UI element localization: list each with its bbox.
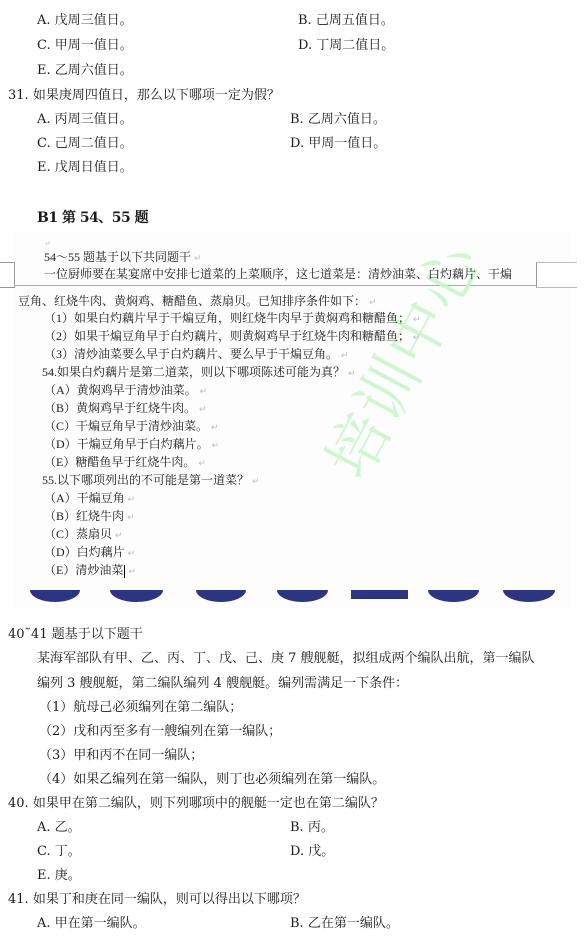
fleet-condition-1: （1）航母己必须编列在第二编队； [39,700,242,716]
q40-option-c: C. 丁。 [37,844,81,860]
q55-option-b: （B）红烧牛肉↵ [44,508,135,525]
q30-option-d: D. 丁周二值日。 [298,38,394,54]
q41-option-b: B. 乙在第一编队。 [290,916,399,932]
q40-41-stem-line1: 某海军部队有甲、乙、丙、丁、戊、己、庚 7 艘舰艇，拟组成两个编队出航，第一编队 [37,651,535,667]
q54-option-d: （D）干煸豆角早于白灼藕片。↵ [44,436,219,453]
q55-option-d: （D）白灼藕片↵ [44,544,135,561]
q54-option-b: （B）黄焖鸡早于红烧牛肉。↵ [44,400,207,417]
q31-option-a: A. 丙周三值日。 [37,112,133,128]
q31-option-e: E. 戊周日值日。 [37,160,133,176]
page-break-rule [14,285,536,286]
q30-option-a: A. 戊周三值日。 [37,13,133,29]
q54-option-c: （C）干煸豆角早于清炒油菜。↵ [44,418,219,435]
q30-option-c: C. 甲周一值日。 [37,38,133,54]
q55-option-c: （C）蒸扇贝↵ [44,526,123,543]
q55-option-e: （E）清炒油菜↵ [44,562,136,579]
q31-option-b: B. 乙周六值日。 [290,112,386,128]
text-cursor [124,565,125,578]
shared-stem-line1: 一位厨师要在某宴席中安排七道菜的上菜顺序，这七道菜是：清炒油菜、白灼藕片、干煸 [44,266,512,282]
q40-option-e: E. 庚。 [37,868,81,884]
dish-condition-1: （1）如果白灼藕片早于干煸豆角，则红烧牛肉早于黄焖鸡和糖醋鱼；↵ [44,310,421,327]
fleet-condition-4: （4）如果乙编列在第一编队，则丁也必须编列在第一编队。 [39,772,385,788]
fleet-condition-3: （3）甲和丙不在同一编队； [39,748,203,764]
q40-option-d: D. 戊。 [290,844,334,860]
decorative-bar [351,590,408,599]
q41-question: 41. 如果丁和庚在同一编队，则可以得出以下哪项？ [8,892,306,908]
shared-stem-intro: 54～55 题基于以下共同题干↵ [44,249,202,266]
q40-option-b: B. 丙。 [290,820,334,836]
fleet-condition-2: （2）戊和丙至多有一艘编列在第一编队； [39,724,281,740]
dish-condition-3: （3）清炒油菜要么早于白灼藕片、要么早于干煸豆角。↵ [44,346,349,363]
shared-stem-line2: 豆角、红烧牛肉、黄焖鸡、糖醋鱼、蒸扇贝。已知排序条件如下：↵ [18,293,377,310]
q54-option-a: （A）黄焖鸡早于清炒油菜。↵ [44,382,207,399]
page-corner-mark-right [536,262,577,288]
q30-option-e: E. 乙周六值日。 [37,63,133,79]
page-corner-mark-left [0,262,15,288]
q55-option-a: （A）干煸豆角↵ [44,490,135,507]
q31-question: 31. 如果庚周四值日，那么以下哪项一定为假？ [8,88,280,104]
q40-41-stem-intro: 40˜41 题基于以下题干 [8,627,143,643]
section-heading: B1 第 54、55 题 [37,207,148,227]
q31-option-c: C. 己周二值日。 [37,136,133,152]
q40-option-a: A. 乙。 [37,820,81,836]
q30-option-b: B. 己周五值日。 [298,13,394,29]
q55-question: 55.以下哪项列出的不可能是第一道菜？↵ [42,472,260,489]
q31-option-d: D. 甲周一值日。 [290,136,386,152]
q40-41-stem-line2: 编列 3 艘舰艇，第二编队编列 4 艘舰艇。编列需满足一下条件： [37,676,408,692]
q40-question: 40. 如果甲在第二编队，则下列哪项中的舰艇一定也在第二编队？ [8,796,384,812]
q54-question: 54.如果白灼藕片是第二道菜，则以下哪项陈述可能为真？↵ [42,364,356,381]
q41-option-a: A. 甲在第一编队。 [37,916,146,932]
dish-condition-2: （2）如果干煸豆角早于白灼藕片，则黄焖鸡早于红烧牛肉和糖醋鱼；↵ [44,328,421,345]
q54-option-e: （E）糖醋鱼早于红烧牛肉。↵ [44,454,206,471]
